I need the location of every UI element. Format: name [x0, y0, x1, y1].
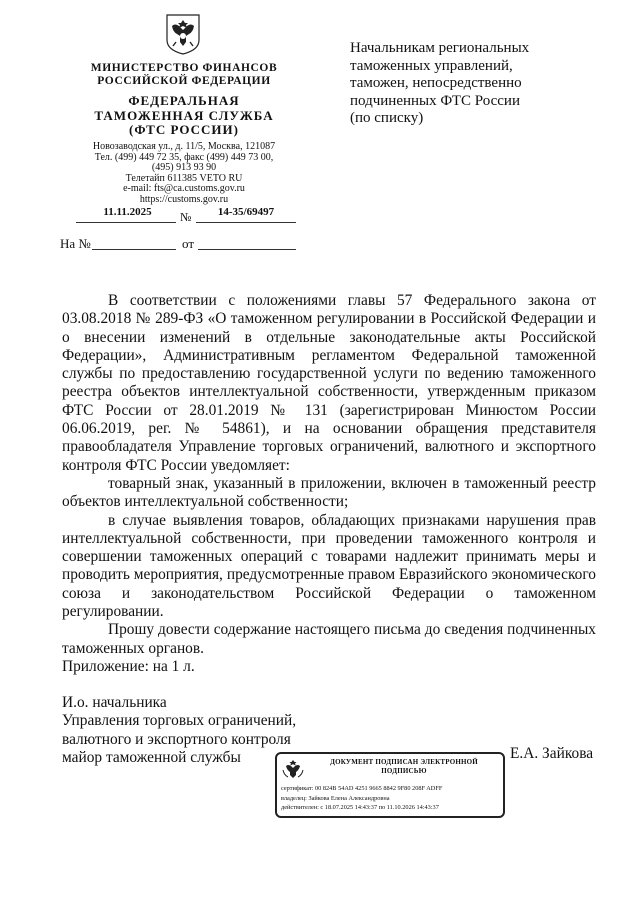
body-paragraph: В соответствии с положениями главы 57 Фе… — [62, 292, 596, 475]
signer-name: Е.А. Зайкова — [510, 745, 593, 763]
certificate-owner: владелец: Зайкова Елена Александровна — [281, 794, 503, 804]
stamp-details: сертификат: 00 824B 54AD 4251 9665 8842 … — [281, 784, 503, 813]
e-signature-stamp: ДОКУМЕНТ ПОДПИСАН ЭЛЕКТРОННОЙ ПОДПИСЬЮ с… — [275, 752, 505, 818]
body-paragraph: Прошу довести содержание настоящего пись… — [62, 621, 596, 658]
registration-number: 14-35/69497 — [196, 206, 296, 218]
addressee-line: Начальникам региональных — [350, 40, 590, 58]
attachment-note: Приложение: на 1 л. — [62, 658, 195, 676]
certificate-number: сертификат: 00 824B 54AD 4251 9665 8842 … — [281, 784, 503, 794]
website-line: https://customs.gov.ru — [72, 195, 296, 206]
body-paragraph: товарный знак, указанный в приложении, в… — [62, 475, 596, 512]
registration-date: 11.11.2025 — [80, 206, 175, 218]
signer-position: И.о. начальника Управления торговых огра… — [62, 694, 296, 767]
addressee-line: таможенных управлений, — [350, 58, 590, 76]
reference-date-field — [198, 249, 296, 250]
stamp-title-line: ДОКУМЕНТ ПОДПИСАН ЭЛЕКТРОННОЙ — [309, 758, 499, 767]
addressee-block: Начальникам региональных таможенных упра… — [350, 40, 590, 128]
registration-date-underline — [76, 222, 176, 223]
ministry-line: РОССИЙСКОЙ ФЕДЕРАЦИИ — [72, 75, 296, 88]
stamp-title: ДОКУМЕНТ ПОДПИСАН ЭЛЕКТРОННОЙ ПОДПИСЬЮ — [309, 758, 499, 775]
position-line: майор таможенной службы — [62, 749, 296, 767]
service-name: ФЕДЕРАЛЬНАЯ ТАМОЖЕННАЯ СЛУЖБА (ФТС РОССИ… — [72, 94, 296, 138]
body-paragraph: в случае выявления товаров, обладающих п… — [62, 512, 596, 622]
contact-details: Новозаводская ул., д. 11/5, Москва, 1210… — [72, 142, 296, 206]
reference-number-label: На № — [60, 236, 91, 252]
service-line: ТАМОЖЕННАЯ СЛУЖБА — [72, 109, 296, 124]
registration-number-label: № — [180, 210, 191, 225]
certificate-validity: действителен: с 18.07.2025 14:43:37 по 1… — [281, 803, 503, 813]
addressee-line: таможен, непосредственно — [350, 75, 590, 93]
address-line: Новозаводская ул., д. 11/5, Москва, 1210… — [72, 142, 296, 153]
reference-number-field — [92, 249, 176, 250]
reference-date-label: от — [182, 236, 194, 252]
stamp-emblem-icon — [282, 758, 304, 780]
stamp-title-line: ПОДПИСЬЮ — [309, 767, 499, 776]
registration-number-underline — [196, 222, 296, 223]
ministry-name: МИНИСТЕРСТВО ФИНАНСОВ РОССИЙСКОЙ ФЕДЕРАЦ… — [72, 62, 296, 88]
position-line: Управления торговых ограничений, — [62, 712, 296, 730]
position-line: валютного и экспортного контроля — [62, 731, 296, 749]
addressee-line: подчиненных ФТС России — [350, 93, 590, 111]
addressee-line: (по списку) — [350, 110, 590, 128]
service-line: (ФТС РОССИИ) — [72, 123, 296, 138]
letter-body: В соответствии с положениями главы 57 Фе… — [62, 292, 596, 658]
position-line: И.о. начальника — [62, 694, 296, 712]
service-line: ФЕДЕРАЛЬНАЯ — [72, 94, 296, 109]
coat-of-arms-emblem-icon — [164, 12, 202, 56]
ministry-line: МИНИСТЕРСТВО ФИНАНСОВ — [72, 62, 296, 75]
